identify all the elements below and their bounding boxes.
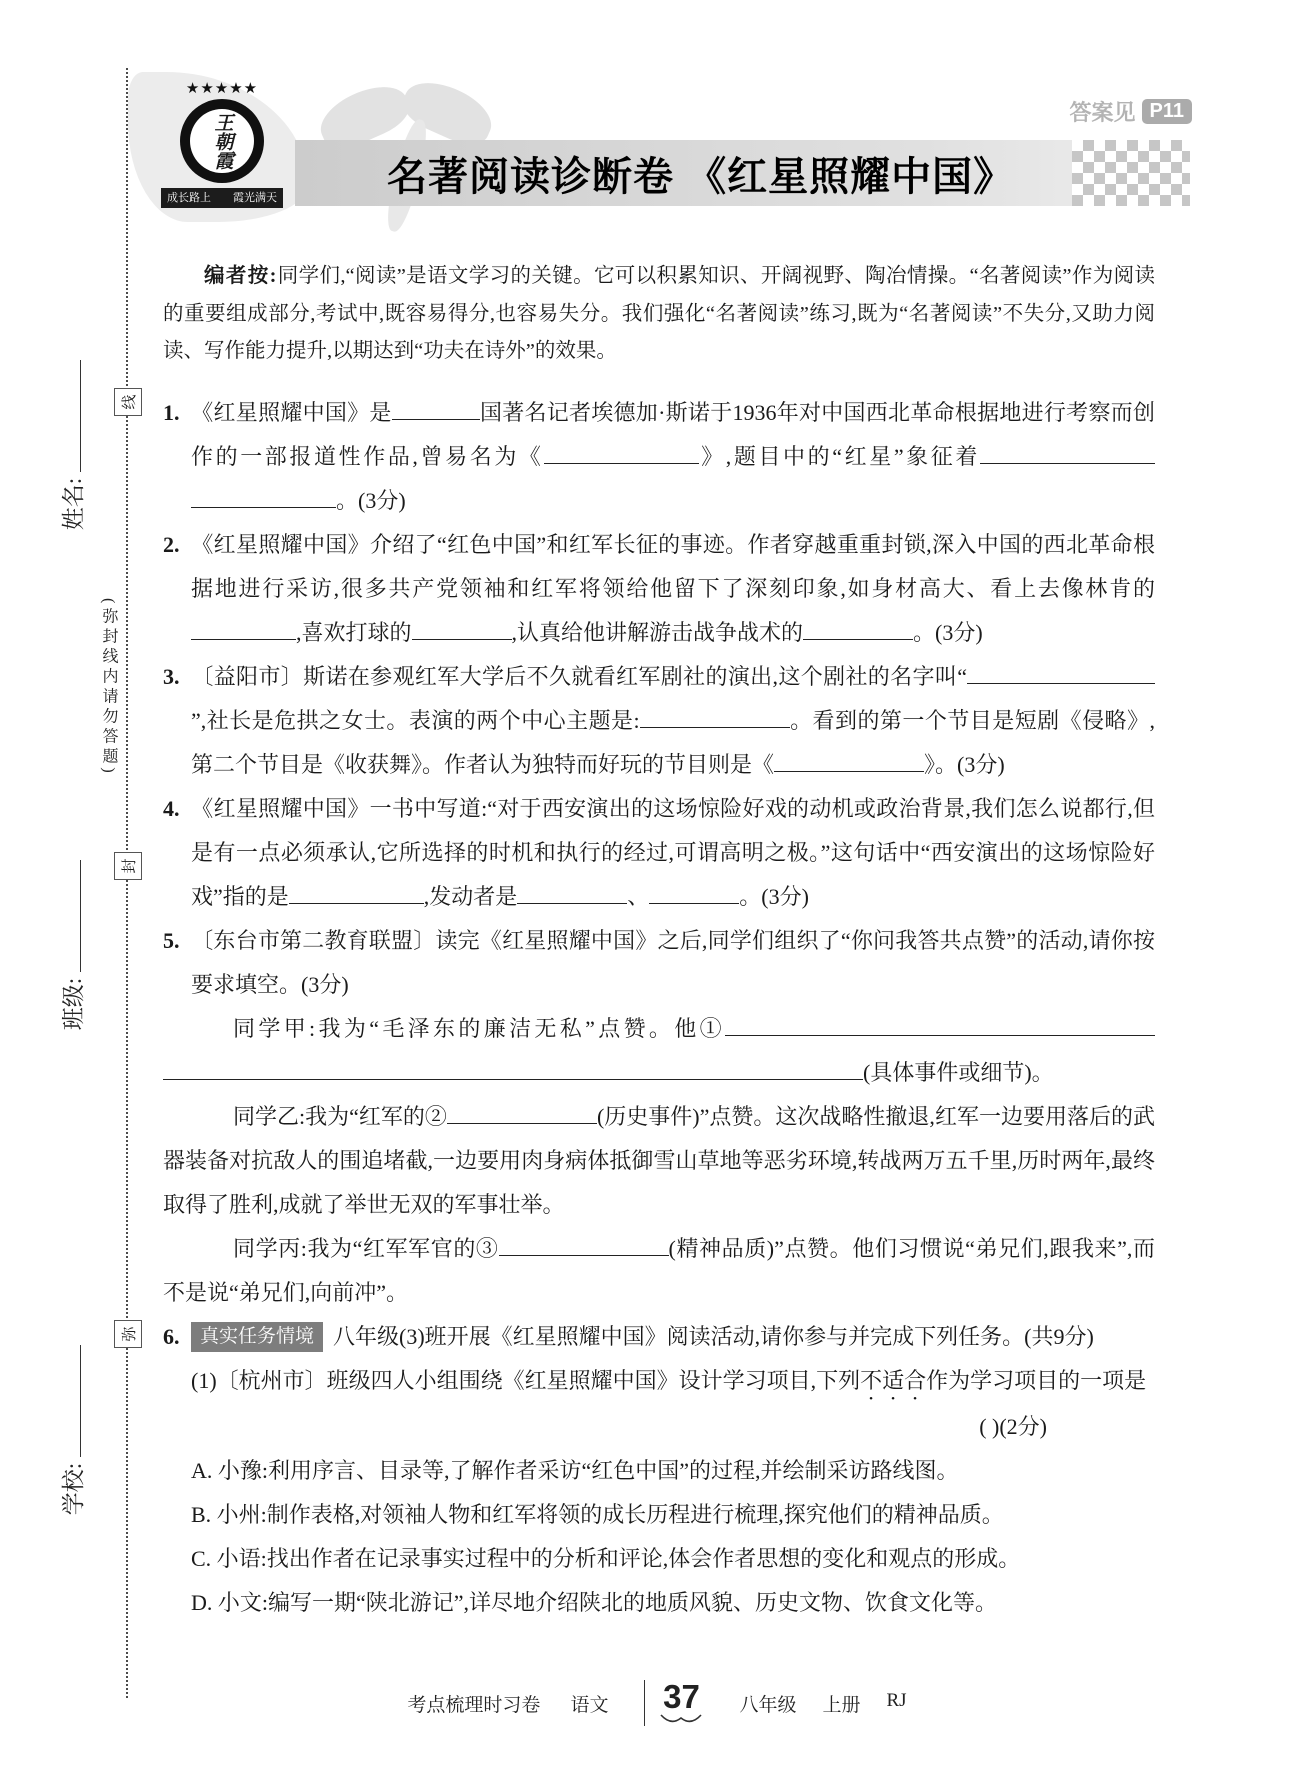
answer-blank[interactable]: [967, 661, 1077, 684]
logo-ring: 王朝霞: [180, 99, 264, 183]
question-number: 2.: [163, 523, 191, 567]
question-line: 2.《红星照耀中国》介绍了“红色中国”和红军长征的事迹。作者穿越重重封锁,深入中…: [191, 523, 1155, 655]
question-number: 4.: [163, 787, 191, 831]
name-input-line[interactable]: [57, 360, 81, 472]
question-line: A. 小豫:利用序言、目录等,了解作者采访“红色中国”的过程,并绘制采访路线图。: [191, 1449, 1155, 1493]
question-line: D. 小文:编写一期“陕北游记”,详尽地介绍陕北的地质风貌、历史文物、饮食文化等…: [191, 1581, 1155, 1625]
question-item: 2.《红星照耀中国》介绍了“红色中国”和红军长征的事迹。作者穿越重重封锁,深入中…: [163, 523, 1155, 655]
question-line: 同学丙:我为“红军军官的③(精神品质)”点赞。他们习惯说“弟兄们,跟我来”,而不…: [163, 1227, 1155, 1315]
answer-reference: 答案见 P11: [1070, 96, 1193, 127]
seal-char-xian: 线: [114, 388, 142, 416]
footer-grade: 八年级: [739, 1690, 796, 1717]
student-school-field: 学校:: [55, 1325, 85, 1535]
answer-page-badge: P11: [1142, 99, 1192, 124]
answer-blank[interactable]: [412, 617, 512, 640]
student-name-field: 姓名:: [55, 340, 85, 550]
name-label: 姓名:: [55, 478, 88, 530]
question-line: 同学乙:我为“红军的②(历史事件)”点赞。这次战略性撤退,红军一边要用落后的武器…: [163, 1095, 1155, 1227]
ribbon-text-right: 霞光满天: [233, 188, 277, 208]
stars-icon: ★★★★★: [158, 82, 286, 97]
answer-blank[interactable]: [499, 1233, 669, 1256]
question-item: 4.《红星照耀中国》一书中写道:“对于西安演出的这场惊险好戏的动机或政治背景,我…: [163, 787, 1155, 919]
class-input-line[interactable]: [57, 860, 81, 972]
school-input-line[interactable]: [57, 1345, 81, 1457]
answer-blank[interactable]: [191, 617, 296, 640]
answer-blank[interactable]: [725, 1013, 1155, 1036]
answer-blank[interactable]: [774, 749, 924, 772]
publisher-logo: ★★★★★ 王朝霞 成长路上 霞光满天: [158, 82, 286, 208]
ribbon-text-left: 成长路上: [167, 188, 211, 208]
question-line: 3.〔益阳市〕斯诺在参观红军大学后不久就看红军剧社的演出,这个剧社的名字叫“”,…: [191, 655, 1155, 787]
question-number: 3.: [163, 655, 191, 699]
question-line: 1.《红星照耀中国》是国著名记者埃德加·斯诺于1936年对中国西北革命根据地进行…: [191, 391, 1155, 523]
answer-blank[interactable]: [447, 1101, 597, 1124]
page-footer: 考点梳理时习卷 语文 37 八年级 上册 RJ: [0, 1680, 1314, 1726]
question-line: 6.真实任务情境八年级(3)班开展《红星照耀中国》阅读活动,请你参与并完成下列任…: [191, 1315, 1155, 1359]
seal-char-feng: 封: [114, 852, 142, 880]
seal-dotted-line: [126, 68, 128, 1698]
editor-note: 编者按:同学们,“阅读”是语文学习的关键。它可以积累知识、开阔视野、陶冶情操。“…: [163, 258, 1155, 371]
school-label: 学校:: [55, 1463, 88, 1515]
answer-blank[interactable]: [544, 441, 699, 464]
answer-blank[interactable]: [649, 881, 739, 904]
question-item: 1.《红星照耀中国》是国著名记者埃德加·斯诺于1936年对中国西北革命根据地进行…: [163, 391, 1155, 523]
exam-page: 线 封 弥 姓名: 班级: 学校: (弥封线内请勿答题) 答案见 P11 ★★★…: [0, 0, 1314, 1789]
open-book-icon: [659, 1713, 703, 1726]
question-line: ( )(2分): [191, 1405, 1155, 1449]
page-number: 37: [663, 1680, 700, 1713]
answer-blank[interactable]: [191, 485, 336, 508]
footer-series: 考点梳理时习卷: [407, 1690, 540, 1717]
question-list: 1.《红星照耀中国》是国著名记者埃德加·斯诺于1936年对中国西北革命根据地进行…: [163, 391, 1155, 1625]
answer-blank[interactable]: [803, 617, 913, 640]
logo-ribbon-banner: 成长路上 霞光满天: [161, 188, 283, 208]
question-item: 5.〔东台市第二教育联盟〕读完《红星照耀中国》之后,同学们组织了“你问我答共点赞…: [163, 919, 1155, 1315]
footer-subject: 语文: [570, 1690, 608, 1717]
question-line: C. 小语:找出作者在记录事实过程中的分析和评论,体会作者思想的变化和观点的形成…: [191, 1537, 1155, 1581]
question-line: 同学甲:我为“毛泽东的廉洁无私”点赞。他①(具体事件或细节)。: [163, 1007, 1155, 1095]
page-number-block: 37: [644, 1680, 703, 1726]
question-line: (1)〔杭州市〕班级四人小组围绕《红星照耀中国》设计学习项目,下列不适合作为学习…: [191, 1359, 1155, 1405]
main-content: 编者按:同学们,“阅读”是语文学习的关键。它可以积累知识、开阔视野、陶冶情操。“…: [163, 258, 1155, 1625]
brand-name: 王朝霞: [213, 113, 232, 170]
question-number: 5.: [163, 919, 191, 963]
answer-ref-text: 答案见: [1070, 96, 1136, 127]
footer-edition: RJ: [886, 1690, 906, 1717]
answer-blank[interactable]: [980, 441, 1155, 464]
seal-char-mi: 弥: [114, 1320, 142, 1348]
class-label: 班级:: [55, 978, 88, 1030]
question-line: 5.〔东台市第二教育联盟〕读完《红星照耀中国》之后,同学们组织了“你问我答共点赞…: [191, 919, 1155, 1007]
checker-pattern-decoration: [1072, 140, 1190, 206]
answer-blank[interactable]: [640, 705, 790, 728]
editor-note-label: 编者按:: [204, 265, 277, 287]
question-line: 4.《红星照耀中国》一书中写道:“对于西安演出的这场惊险好戏的动机或政治背景,我…: [191, 787, 1155, 919]
answer-blank[interactable]: [517, 881, 627, 904]
answer-blank[interactable]: [1077, 661, 1155, 684]
page-title: 名著阅读诊断卷 《红星照耀中国》: [295, 145, 1014, 202]
student-class-field: 班级:: [55, 840, 85, 1050]
emphasized-text: 不适合: [860, 1368, 926, 1393]
question-number: 6.: [163, 1315, 191, 1359]
answer-blank[interactable]: [392, 397, 480, 420]
seal-warning-note: (弥封线内请勿答题): [97, 598, 120, 848]
footer-volume: 上册: [822, 1690, 860, 1717]
question-line: B. 小州:制作表格,对领袖人物和红军将领的成长历程进行梳理,探究他们的精神品质…: [191, 1493, 1155, 1537]
title-band: 名著阅读诊断卷 《红星照耀中国》: [295, 140, 1190, 206]
context-badge: 真实任务情境: [191, 1322, 323, 1353]
answer-blank[interactable]: [289, 881, 424, 904]
question-number: 1.: [163, 391, 191, 435]
answer-blank[interactable]: [163, 1057, 863, 1080]
editor-note-text: 同学们,“阅读”是语文学习的关键。它可以积累知识、开阔视野、陶冶情操。“名著阅读…: [163, 265, 1155, 362]
question-item: 3.〔益阳市〕斯诺在参观红军大学后不久就看红军剧社的演出,这个剧社的名字叫“”,…: [163, 655, 1155, 787]
question-item: 6.真实任务情境八年级(3)班开展《红星照耀中国》阅读活动,请你参与并完成下列任…: [163, 1315, 1155, 1625]
